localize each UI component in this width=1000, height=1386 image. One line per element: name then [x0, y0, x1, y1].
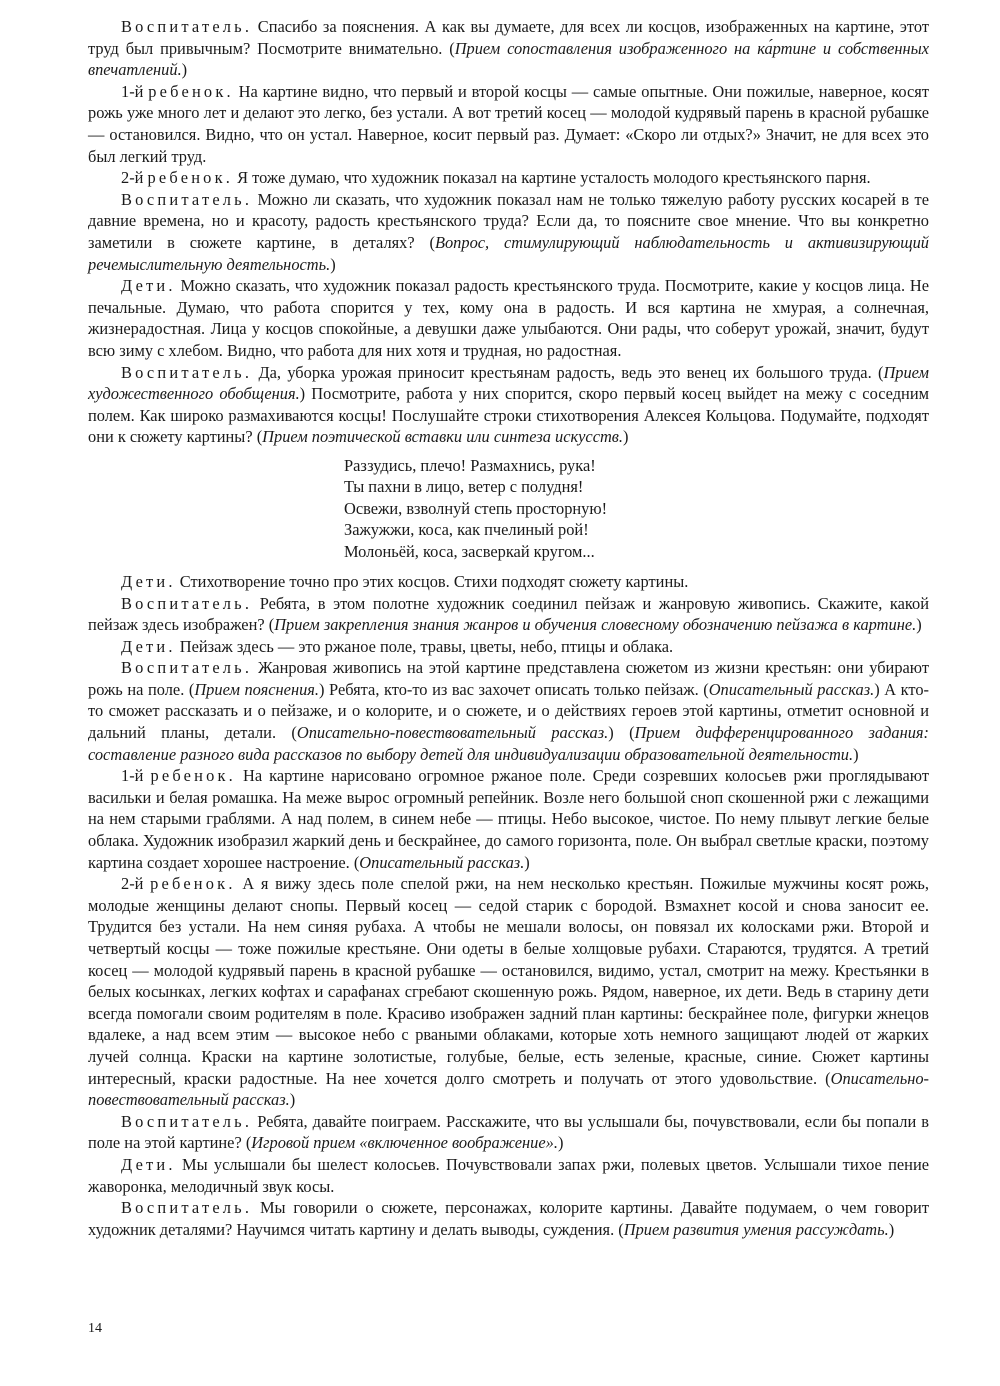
dialogue-paragraph: Воспитатель. Ребята, в этом полотне худо…	[88, 593, 929, 636]
dialogue-paragraph: 1-й ребенок. На картине нарисовано огром…	[88, 765, 929, 873]
paragraph-text: Мы услышали бы шелест колосьев. Почувств…	[88, 1155, 929, 1196]
paragraph-text: 2-й	[121, 874, 150, 893]
poem-line: Освежи, взволнуй степь просторную!	[344, 498, 929, 519]
paragraph-text: ) Ребята, кто-то из вас захочет описать …	[319, 680, 709, 699]
paragraph-text: )	[889, 1220, 894, 1239]
dialogue-paragraph: 2-й ребенок. Я тоже думаю, что художник …	[88, 167, 929, 189]
method-note: Описательно-повествовательный рассказ.	[297, 723, 608, 742]
speaker-label: Дети.	[121, 276, 176, 295]
dialogue-section-after-poem: Дети. Стихотворение точно про этих косцо…	[88, 571, 929, 1240]
poem-quote: Раззудись, плечо! Размахнись, рука!Ты па…	[88, 455, 929, 562]
paragraph-text: Стихотворение точно про этих косцов. Сти…	[176, 572, 689, 591]
speaker-label: ребенок.	[150, 874, 236, 893]
poem-line: Молоньёй, коса, засверкай кругом...	[344, 541, 929, 562]
poem-line: Зажужжи, коса, как пчелиный рой!	[344, 519, 929, 540]
speaker-label: Воспитатель.	[121, 594, 252, 613]
speaker-label: ребенок.	[150, 766, 236, 785]
dialogue-paragraph: Дети. Пейзаж здесь — это ржаное поле, тр…	[88, 636, 929, 658]
dialogue-paragraph: 2-й ребенок. А я вижу здесь поле спелой …	[88, 873, 929, 1111]
page-number: 14	[88, 1321, 102, 1337]
paragraph-text: Я тоже думаю, что художник показал на ка…	[233, 168, 871, 187]
paragraph-text: )	[330, 255, 335, 274]
method-note: Описательный рассказ.	[709, 680, 874, 699]
paragraph-text: Можно сказать, что художник показал радо…	[88, 276, 929, 360]
speaker-label: Воспитатель.	[121, 17, 252, 36]
method-note: Игровой прием «включенное воображение».	[251, 1133, 558, 1152]
page-body: Воспитатель. Спасибо за пояснения. А как…	[88, 16, 929, 1240]
dialogue-paragraph: Дети. Можно сказать, что художник показа…	[88, 275, 929, 361]
method-note: Прием поэтической вставки или синтеза ис…	[262, 427, 623, 446]
dialogue-paragraph: Дети. Стихотворение точно про этих косцо…	[88, 571, 929, 593]
paragraph-text: )	[524, 853, 529, 872]
dialogue-paragraph: Воспитатель. Да, уборка урожая приносит …	[88, 362, 929, 448]
speaker-label: Воспитатель.	[121, 1198, 252, 1217]
dialogue-paragraph: Воспитатель. Жанровая живопись на этой к…	[88, 657, 929, 765]
speaker-label: ребенок.	[148, 82, 234, 101]
dialogue-paragraph: Воспитатель. Можно ли сказать, что худож…	[88, 189, 929, 275]
dialogue-paragraph: Воспитатель. Ребята, давайте поиграем. Р…	[88, 1111, 929, 1154]
paragraph-text: ) (	[608, 723, 634, 742]
poem-line: Раззудись, плечо! Размахнись, рука!	[344, 455, 929, 476]
paragraph-text: )	[916, 615, 921, 634]
speaker-label: Дети.	[121, 1155, 176, 1174]
method-note: Описательный рассказ.	[359, 853, 524, 872]
poem-line: Ты пахни в лицо, ветер с полудня!	[344, 476, 929, 497]
dialogue-section-before-poem: Воспитатель. Спасибо за пояснения. А как…	[88, 16, 929, 448]
speaker-label: Воспитатель.	[121, 658, 252, 677]
paragraph-text: Пейзаж здесь — это ржаное поле, травы, ц…	[176, 637, 673, 656]
speaker-label: Воспитатель.	[121, 363, 252, 382]
paragraph-text: )	[182, 60, 187, 79]
method-note: Прием развития умения рассуждать.	[624, 1220, 889, 1239]
paragraph-text: А я вижу здесь поле спелой ржи, на нем н…	[88, 874, 929, 1087]
paragraph-text: )	[558, 1133, 563, 1152]
dialogue-paragraph: 1-й ребенок. На картине видно, что первы…	[88, 81, 929, 167]
speaker-label: ребенок.	[148, 168, 234, 187]
method-note: Прием пояснения.	[194, 680, 319, 699]
speaker-label: Дети.	[121, 572, 176, 591]
paragraph-text: 1-й	[121, 82, 148, 101]
paragraph-text: 2-й	[121, 168, 148, 187]
paragraph-text: )	[853, 745, 858, 764]
speaker-label: Воспитатель.	[121, 1112, 252, 1131]
speaker-label: Дети.	[121, 637, 176, 656]
paragraph-text: Да, уборка урожая приносит крестьянам ра…	[252, 363, 883, 382]
dialogue-paragraph: Воспитатель. Спасибо за пояснения. А как…	[88, 16, 929, 81]
paragraph-text: )	[623, 427, 628, 446]
paragraph-text: )	[290, 1090, 295, 1109]
speaker-label: Воспитатель.	[121, 190, 252, 209]
paragraph-text: 1-й	[121, 766, 150, 785]
dialogue-paragraph: Дети. Мы услышали бы шелест колосьев. По…	[88, 1154, 929, 1197]
method-note: Прием закрепления знания жанров и обучен…	[274, 615, 916, 634]
dialogue-paragraph: Воспитатель. Мы говорили о сюжете, персо…	[88, 1197, 929, 1240]
